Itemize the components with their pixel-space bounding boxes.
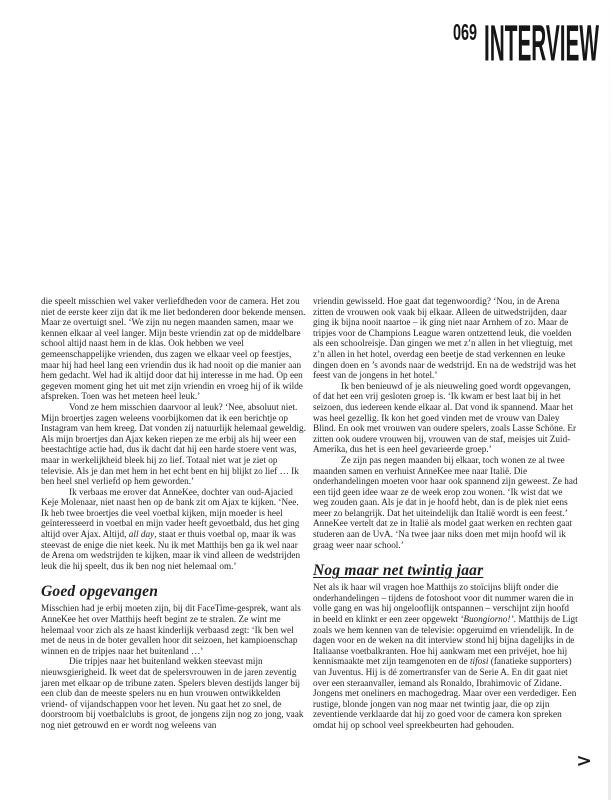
paragraph: Die tripjes naar het buitenland wekken s… bbox=[41, 656, 306, 730]
page-header: 069 INTERVIEW bbox=[440, 20, 600, 70]
right-column: vriendin gewisseld. Hoe gaat dat tegenwo… bbox=[313, 296, 578, 731]
paragraph: Vond ze hem misschien daarvoor al leuk? … bbox=[41, 402, 306, 487]
paragraph: vriendin gewisseld. Hoe gaat dat tegenwo… bbox=[313, 296, 578, 381]
magazine-page: 069 INTERVIEW die speelt misschien wel v… bbox=[0, 0, 611, 800]
next-page-arrow-icon[interactable]: > bbox=[576, 752, 592, 770]
article-body: die speelt misschien wel vaker verliefdh… bbox=[41, 296, 578, 731]
paragraph: Ze zijn pas negen maanden bij elkaar, to… bbox=[313, 455, 578, 550]
left-column: die speelt misschien wel vaker verliefdh… bbox=[41, 296, 306, 731]
section-heading: Nog maar net twintig jaar bbox=[313, 562, 578, 579]
page-number: 069 bbox=[453, 20, 477, 45]
section-title: INTERVIEW bbox=[484, 20, 599, 70]
paragraph: Ik ben benieuwd of je als nieuweling goe… bbox=[313, 381, 578, 455]
paragraph: Net als ik haar wil vragen hoe Matthijs … bbox=[313, 582, 578, 730]
paragraph: die speelt misschien wel vaker verliefdh… bbox=[41, 296, 306, 402]
section-heading: Goed opgevangen bbox=[41, 583, 306, 600]
paragraph: Ik verbaas me erover dat AnneKee, dochte… bbox=[41, 487, 306, 572]
paragraph: Misschien had je erbij moeten zijn, bij … bbox=[41, 603, 306, 656]
